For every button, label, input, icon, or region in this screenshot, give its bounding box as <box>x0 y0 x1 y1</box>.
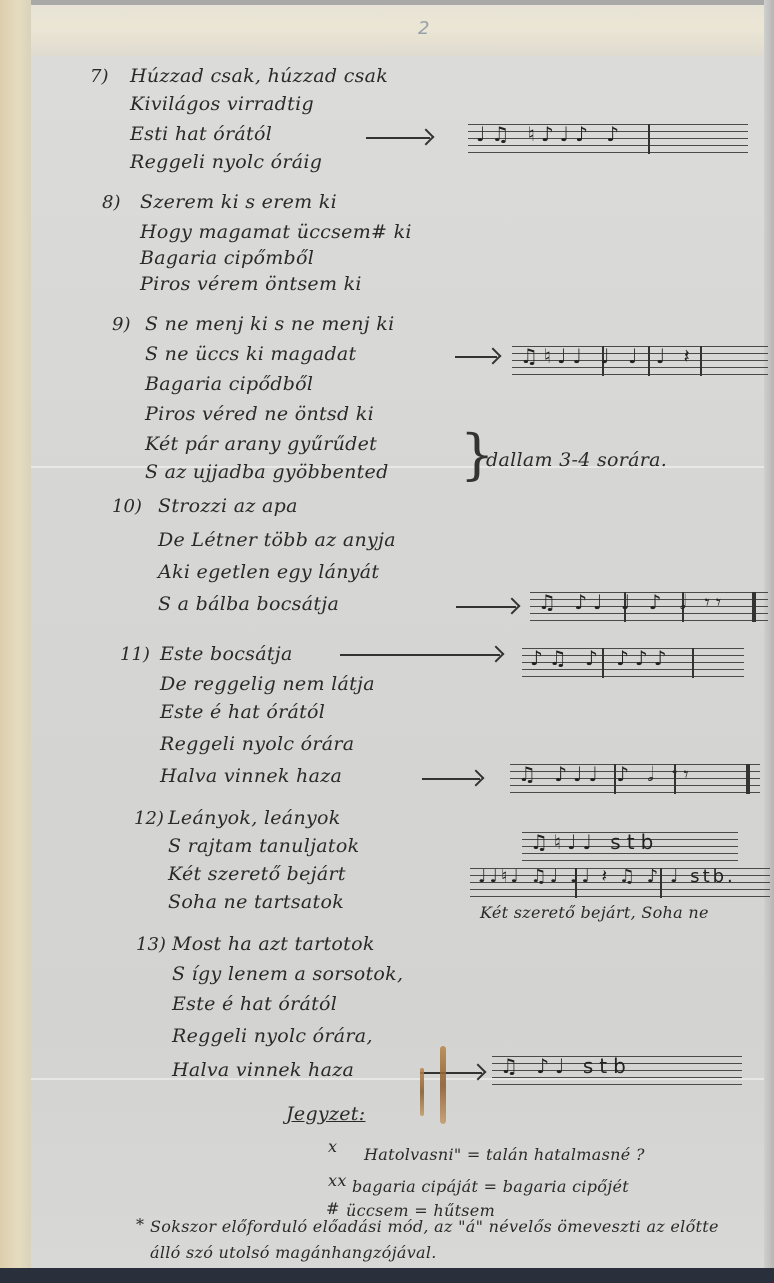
song-number: 10) <box>112 496 142 517</box>
song-number: 12) <box>134 808 164 829</box>
music-staff: ♫♮♩♩ stb <box>522 832 738 864</box>
lyric-line: S a bálba bocsátja <box>158 590 339 618</box>
melody-notes: ♩♫ ♮♪♩♪ ♪ <box>476 122 625 146</box>
tape-strip-left <box>0 0 31 1283</box>
lyric-line: S az ujjadba gyöbbented <box>145 458 389 486</box>
melody-notes: ♫ ♪♩♩ ♪ 𝅗𝅥 𝄾𝄾 <box>518 762 695 786</box>
footnote-mark: * <box>136 1214 144 1236</box>
music-staff: ♫ ♪♩♩ ♪ 𝅗𝅥 𝄾𝄾 <box>510 764 760 796</box>
footnote-mark: xx <box>328 1170 347 1192</box>
melody-caption: Két szerető bejárt, Soha ne <box>480 902 709 924</box>
lyric-line: Esti hat órától <box>130 120 272 148</box>
rust-stain <box>440 1046 446 1124</box>
lyric-line: Soha ne tartsatok <box>168 888 344 916</box>
melody-notes: ♩♩♮♩ ♫♩ ♩♩ 𝄽 ♫ ♪ ♩ stb. <box>478 866 736 887</box>
lyric-line: Húzzad csak, húzzad csak <box>130 62 388 90</box>
lyric-line: Két szerető bejárt <box>168 860 346 888</box>
lyric-line: Kivilágos virradtig <box>130 90 314 118</box>
song-number: 9) <box>112 314 130 335</box>
lyric-line: S rajtam tanuljatok <box>168 832 359 860</box>
page-edge-top <box>0 0 774 5</box>
arrow-icon <box>455 356 497 358</box>
arrow-icon <box>456 606 516 608</box>
melody-notes: ♫ ♪♩ ♩ ♪ 𝅗𝅥 𝄾𝄾 <box>538 590 727 614</box>
footnote-mark: x <box>328 1136 337 1158</box>
music-staff: ♪♫ ♪ ♪♪♪ <box>522 648 744 680</box>
lyric-line: Reggeli nyolc órára, <box>172 1022 373 1050</box>
arrow-icon <box>366 137 430 139</box>
lyric-line: Reggeli nyolc óráig <box>130 148 322 176</box>
music-staff: ♫ ♪♩ ♩ ♪ 𝅗𝅥 𝄾𝄾 <box>530 592 768 624</box>
lyric-line: Hogy magamat üccsem# ki <box>140 218 412 246</box>
melody-notes: ♫ ♪♩ stb <box>500 1054 632 1078</box>
lyric-line: S ne menj ki s ne menj ki <box>145 310 394 338</box>
footnote-text: Hatolvasni" = talán hatalmasné ? <box>364 1144 645 1166</box>
song-number: 11) <box>120 644 150 665</box>
arrow-icon <box>420 1072 482 1074</box>
song-number: 7) <box>90 66 108 87</box>
footnote-text: bagaria cipáját = bagaria cipőjét <box>352 1176 629 1198</box>
music-staff: ♫♮♩♩ ♩ ♩ ♩ 𝄽 <box>512 346 768 378</box>
lyric-line: Halva vinnek haza <box>160 762 342 790</box>
arrow-icon <box>422 778 480 780</box>
bracket-note: dallam 3-4 sorára. <box>486 446 667 474</box>
rust-stain <box>420 1068 424 1116</box>
lyric-line: Szerem ki s erem ki <box>140 188 337 216</box>
music-staff: ♩♩♮♩ ♫♩ ♩♩ 𝄽 ♫ ♪ ♩ stb. <box>470 868 770 900</box>
lyric-line: Reggeli nyolc órára <box>160 730 354 758</box>
scan-background-bottom <box>0 1268 774 1283</box>
lyric-line: Két pár arany gyűrűdet <box>145 430 377 458</box>
arrow-icon <box>340 654 500 656</box>
lyric-line: Halva vinnek haza <box>172 1056 354 1084</box>
page-number: 2 <box>418 18 429 39</box>
footnote-text: Sokszor előforduló előadási mód, az "á" … <box>150 1214 750 1266</box>
melody-notes: ♫♮♩♩ ♩ ♩ ♩ 𝄽 <box>520 344 696 368</box>
lyric-line: Este é hat órától <box>172 990 337 1018</box>
lyric-line: Este é hat órától <box>160 698 325 726</box>
melody-notes: ♫♮♩♩ stb <box>530 830 659 854</box>
lyric-line: S ne üccs ki magadat <box>145 340 356 368</box>
lyric-line: Piros vérem öntsem ki <box>140 270 362 298</box>
lyric-line: Este bocsátja <box>160 640 293 668</box>
lyric-line: Bagaria cipődből <box>145 370 313 398</box>
song-number: 8) <box>102 192 120 213</box>
lyric-line: Leányok, leányok <box>168 804 341 832</box>
lyric-line: Bagaria cipőmből <box>140 244 314 272</box>
music-staff: ♫ ♪♩ stb <box>492 1056 742 1088</box>
melody-notes: ♪♫ ♪ ♪♪♪ <box>530 646 672 670</box>
lyric-line: S így lenem a sorsotok, <box>172 960 403 988</box>
tape-strip-top <box>0 0 774 56</box>
lyric-line: De reggelig nem látja <box>160 670 375 698</box>
lyric-line: Most ha azt tartotok <box>172 930 375 958</box>
lyric-line: Piros véred ne öntsd ki <box>145 400 374 428</box>
lyric-line: De Létner több az anyja <box>158 526 396 554</box>
music-staff: ♩♫ ♮♪♩♪ ♪ <box>468 124 748 156</box>
lyric-line: Strozzi az apa <box>158 492 298 520</box>
notes-heading: Jegyzet: <box>286 1100 365 1128</box>
lyric-line: Aki egetlen egy lányát <box>158 558 379 586</box>
page-edge-right <box>764 0 774 1283</box>
song-number: 13) <box>136 934 166 955</box>
